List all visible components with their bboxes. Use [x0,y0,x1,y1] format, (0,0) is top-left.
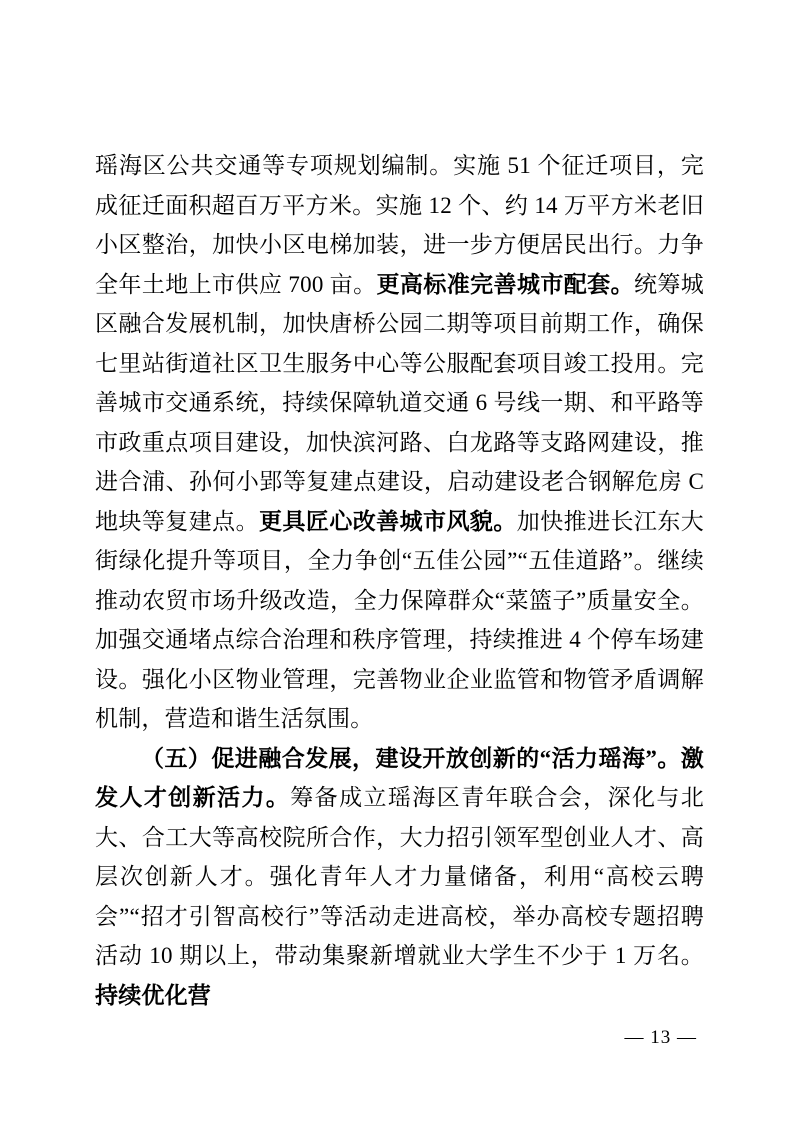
document-body-text: 瑶海区公共交通等专项规划编制。实施 51 个征迁项目，完成征迁面积超百万平方米。… [95,146,704,1015]
paragraph: （五）促进融合发展，建设开放创新的“活力瑶海”。激发人才创新活力。筹备成立瑶海区… [95,739,704,1016]
text-run: 筹备成立瑶海区青年联合会，深化与北大、合工大等高校院所合作，大力招引领军型创业人… [95,785,704,968]
text-run: 统筹城区融合发展机制，加快唐桥公园二期等项目前期工作，确保七里站街道社区卫生服务… [95,272,704,534]
bold-text-run: 更高标准完善城市配套。 [377,272,634,297]
text-run: 加快推进长江东大街绿化提升等项目，全力争创“五佳公园”“五佳道路”。继续推动农贸… [95,509,704,732]
paragraph: 瑶海区公共交通等专项规划编制。实施 51 个征迁项目，完成征迁面积超百万平方米。… [95,146,704,739]
bold-text-run: 更具匠心改善城市风貌。 [259,509,517,534]
bold-text-run: 持续优化营 [95,983,211,1008]
document-page: 瑶海区公共交通等专项规划编制。实施 51 个征迁项目，完成征迁面积超百万平方米。… [0,0,793,1122]
page-number: — 13 — [625,1026,698,1050]
